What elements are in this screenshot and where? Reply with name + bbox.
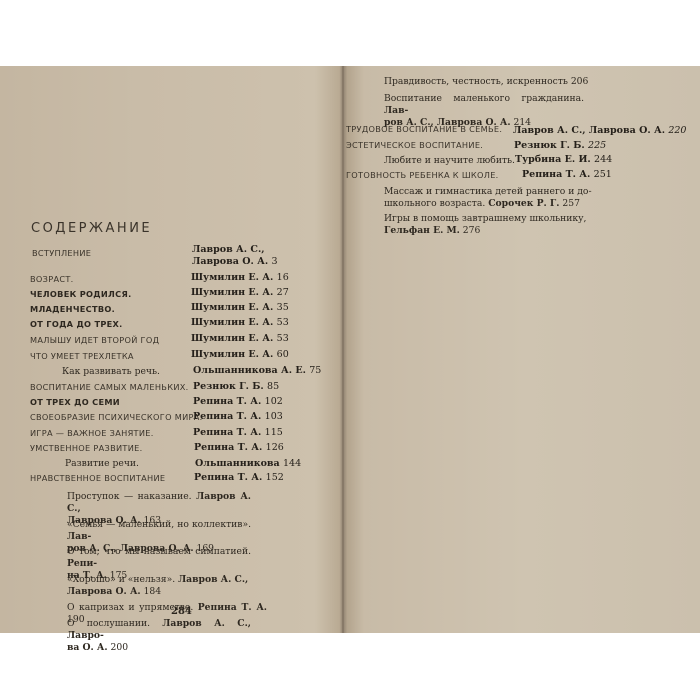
toc-paragraph: Игры в помощь завтрашнему школьнику, Гел…: [384, 213, 596, 237]
toc-entry-author: Шумилин Е. А. 53: [191, 317, 289, 328]
toc-entry-title: ВОЗРАСТ.: [30, 274, 74, 284]
toc-entry-title: Развитие речи.: [65, 458, 139, 469]
toc-entry-title: ГОТОВНОСТЬ РЕБЕНКА К ШКОЛЕ.: [346, 170, 499, 180]
toc-paragraph: Правдивость, честность, искренность 206: [384, 76, 614, 88]
toc-entry-author: Резнюк Г. Б. 225: [514, 140, 606, 151]
toc-entry-title: МАЛЫШУ ИДЕТ ВТОРОЙ ГОД: [30, 335, 159, 345]
toc-entry-title: ТРУДОВОЕ ВОСПИТАНИЕ В СЕМЬЕ.: [346, 124, 502, 134]
toc-entry-author: Репина Т. А. 126: [194, 442, 284, 453]
toc-entry-author: Шумилин Е. А. 53: [191, 333, 289, 344]
toc-paragraph: О послушании. Лавров А. С., Лавро- ва О.…: [67, 618, 251, 654]
toc-entry-title: ВОСПИТАНИЕ САМЫХ МАЛЕНЬКИХ.: [30, 382, 189, 392]
toc-entry-title: ОТ ГОДА ДО ТРЕХ.: [30, 319, 123, 329]
toc-entry-author: Лавров А. С., Лаврова О. А. 220: [513, 125, 686, 136]
toc-entry-title: ЧТО УМЕЕТ ТРЕХЛЕТКА: [30, 351, 134, 361]
toc-entry-title: ВСТУПЛЕНИЕ: [32, 248, 91, 258]
toc-entry-author: Репина Т. А. 251: [522, 169, 612, 180]
toc-entry-author: Шумилин Е. А. 35: [191, 302, 289, 313]
toc-entry-title: НРАВСТВЕННОЕ ВОСПИТАНИЕ: [30, 473, 165, 483]
toc-heading: СОДЕРЖАНИЕ: [31, 221, 152, 236]
toc-entry-author: Шумилин Е. А. 16: [191, 272, 289, 283]
left-page: СОДЕРЖАНИЕ ВСТУПЛЕНИЕ Лавров А. С., Лавр…: [0, 66, 342, 633]
book-spread: СОДЕРЖАНИЕ ВСТУПЛЕНИЕ Лавров А. С., Лавр…: [0, 66, 700, 633]
toc-entry-author: Репина Т. А. 152: [194, 472, 284, 483]
toc-entry-author: Репина Т. А. 102: [193, 396, 283, 407]
page-number: 284: [171, 606, 192, 617]
toc-paragraph: Массаж и гимнастика детей раннего и до- …: [384, 186, 596, 210]
toc-entry-author: Лавров А. С.,: [192, 244, 265, 255]
toc-entry-author: Шумилин Е. А. 60: [191, 349, 289, 360]
toc-entry-title: ЧЕЛОВЕК РОДИЛСЯ.: [30, 289, 131, 299]
toc-entry-author: Шумилин Е. А. 27: [191, 287, 289, 298]
toc-entry-author: Резнюк Г. Б. 85: [193, 381, 279, 392]
toc-entry-author: Репина Т. А. 115: [193, 427, 283, 438]
toc-entry-author: Репина Т. А. 103: [193, 411, 283, 422]
toc-entry-title: Как развивать речь.: [62, 366, 160, 377]
toc-entry-title: МЛАДЕНЧЕСТВО.: [30, 304, 115, 314]
toc-entry-title: ЭСТЕТИЧЕСКОЕ ВОСПИТАНИЕ.: [346, 140, 483, 150]
right-page: Правдивость, честность, искренность 206 …: [344, 66, 700, 633]
toc-entry-title: Любите и научите любить.: [384, 155, 515, 166]
toc-entry-author: Ольшанникова А. Е. 75: [193, 365, 321, 376]
toc-entry-title: ОТ ТРЕХ ДО СЕМИ: [30, 397, 120, 407]
toc-entry-title: УМСТВЕННОЕ РАЗВИТИЕ.: [30, 443, 143, 453]
toc-entry-author: Лаврова О. А. 3: [192, 256, 278, 267]
toc-entry-author: Ольшанникова 144: [195, 458, 301, 469]
toc-entry-author: Турбина Е. И. 244: [515, 154, 612, 165]
toc-paragraph: «Хорошо» и «нельзя». Лавров А. С., Лавро…: [67, 574, 251, 598]
toc-entry-title: ИГРА — ВАЖНОЕ ЗАНЯТИЕ.: [30, 428, 154, 438]
toc-entry-title: СВОЕОБРАЗИЕ ПСИХИЧЕСКОГО МИРА.: [30, 412, 203, 422]
